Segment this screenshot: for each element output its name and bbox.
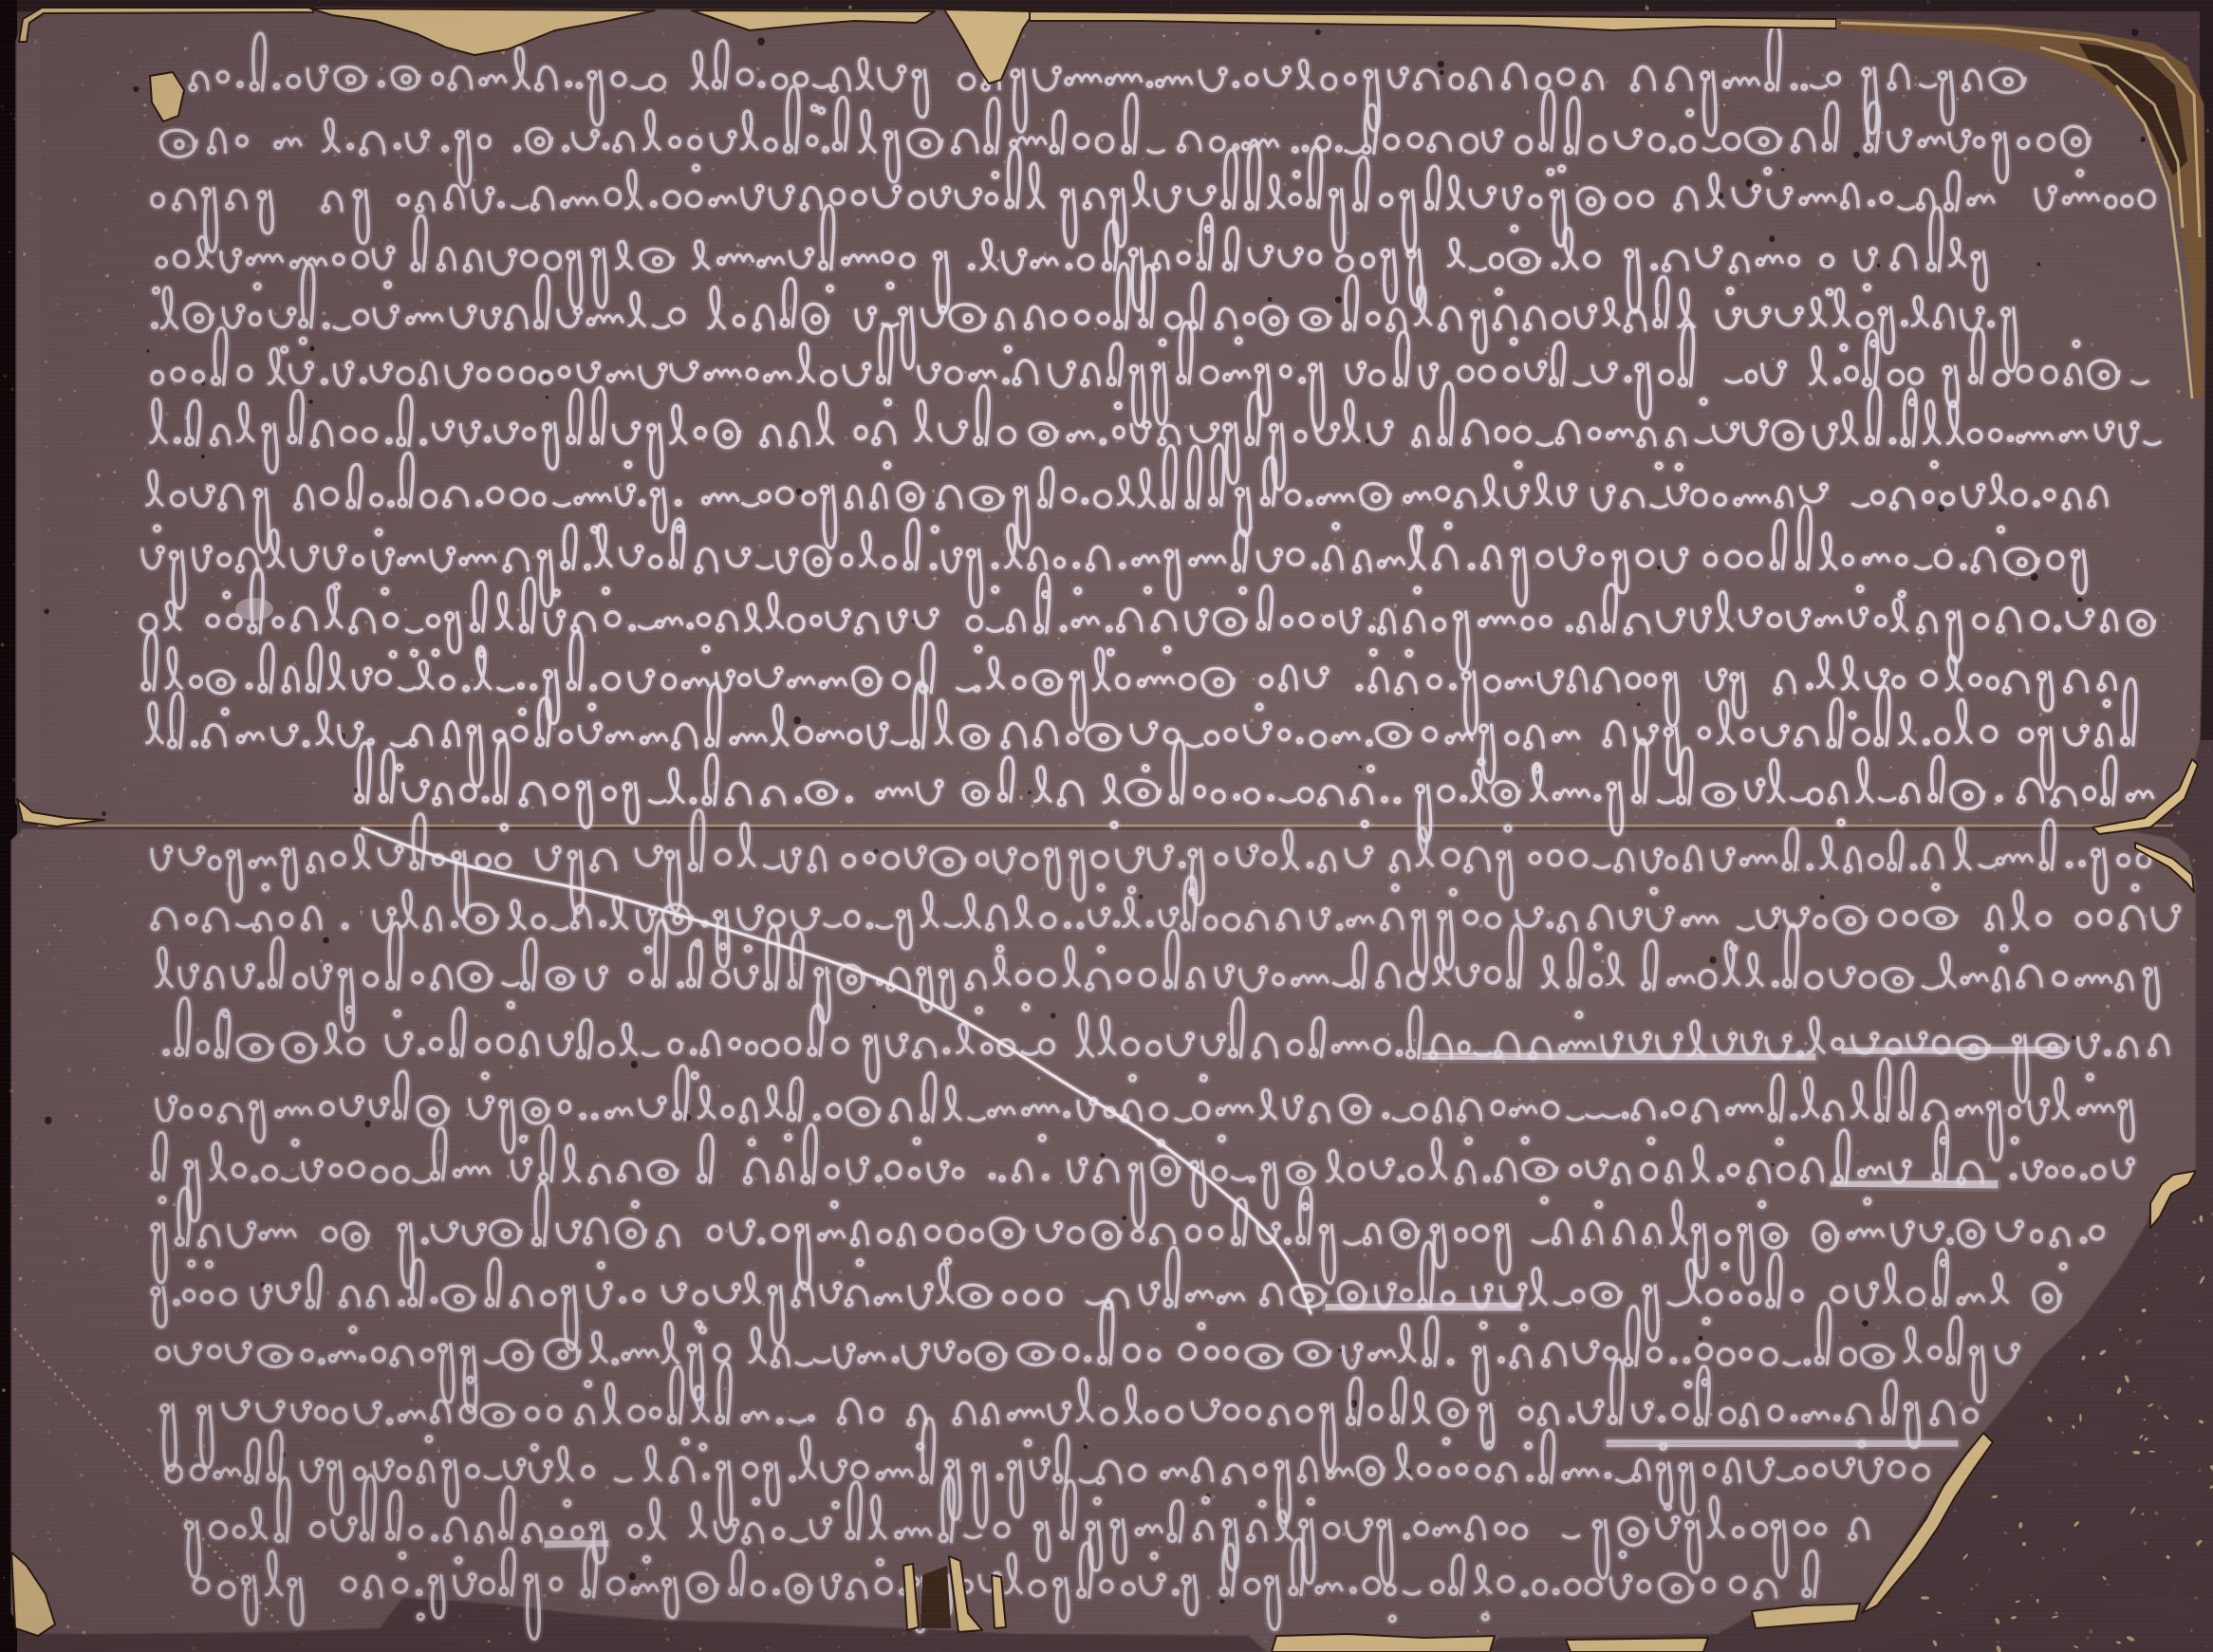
manuscript-photo bbox=[0, 0, 2213, 1652]
strikethrough-mark bbox=[1843, 1048, 2061, 1052]
manuscript-scene bbox=[0, 0, 2213, 1652]
torn-edge-damage bbox=[921, 1566, 951, 1628]
strikethrough-mark bbox=[1608, 1441, 1957, 1446]
strikethrough-mark bbox=[1327, 1304, 1520, 1309]
strikethrough-mark bbox=[1832, 1181, 1997, 1187]
torn-edge-damage bbox=[1272, 1634, 1495, 1652]
strikethrough-mark bbox=[1423, 1054, 1814, 1059]
torn-edge-damage bbox=[1566, 1638, 1708, 1652]
chalk-smudge bbox=[235, 598, 273, 621]
strikethrough-mark bbox=[546, 1542, 607, 1547]
chalk-smudges bbox=[235, 598, 273, 621]
upper-panel-left-edge-highlight bbox=[17, 38, 40, 802]
